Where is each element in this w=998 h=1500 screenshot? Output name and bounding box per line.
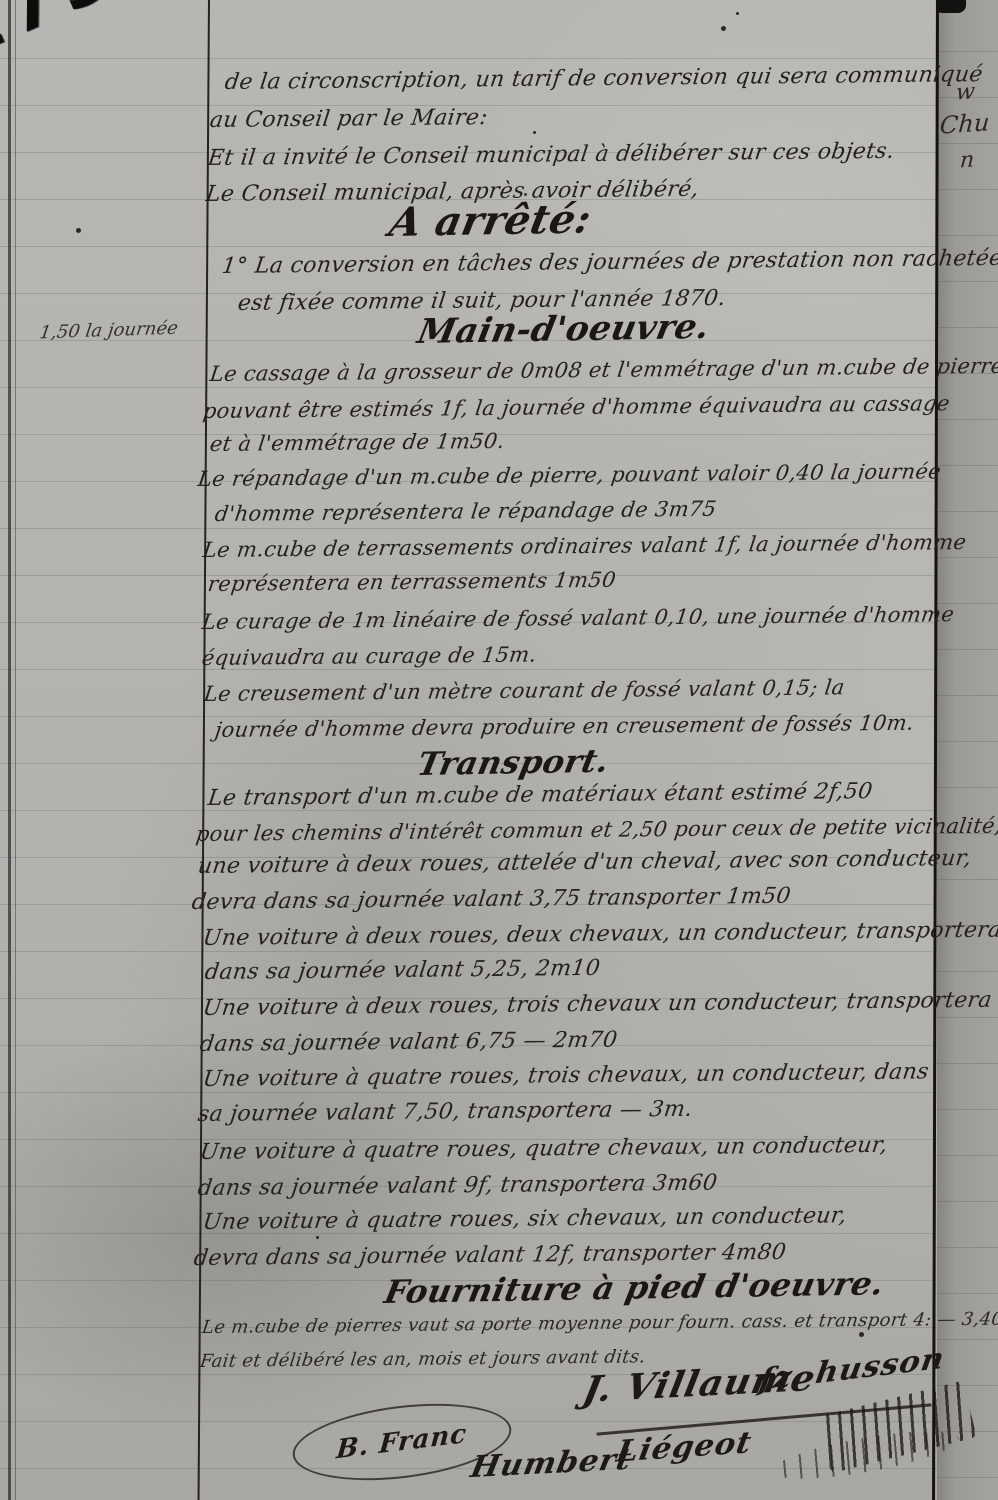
signature-franc: B. Franc (335, 1419, 468, 1466)
margin-rule (198, 0, 210, 1500)
binding-shadow (936, 0, 966, 13)
manuscript-line: Une voiture à quatre roues, trois chevau… (201, 1059, 930, 1092)
facing-page-fragment: w (955, 79, 976, 105)
manuscript-line: Une voiture à quatre roues, quatre cheva… (198, 1133, 889, 1165)
scanned-register-page: { "colors": { "paper": "#b3b2ae", "ink":… (0, 0, 998, 1500)
manuscript-line: Le répandage d'un m.cube de pierre, pouv… (196, 459, 942, 491)
left-fold-line (15, 0, 16, 1500)
manuscript-line: Le curage de 1m linéaire de fossé valant… (200, 602, 955, 634)
manuscript-line: Une voiture à quatre roues, six chevaux,… (201, 1203, 848, 1235)
facing-page-strip (937, 0, 998, 1500)
manuscript-line: 1° La conversion en tâches des journées … (220, 246, 998, 280)
manuscript-line: Une voiture à deux roues, trois chevaux … (201, 988, 993, 1022)
signature-humbert: Humbert (468, 1442, 635, 1485)
manuscript-line: Le creusement d'un mètre courant de foss… (202, 675, 846, 706)
manuscript-line: au Conseil par le Maire. (208, 105, 488, 133)
manuscript-line: pour les chemins d'intérêt commun et 2,5… (194, 814, 998, 847)
facing-page-fragment: n (959, 148, 975, 174)
manuscript-line: sa journée valant 7,50, transportera — 3… (196, 1097, 694, 1127)
manuscript-line: Le m.cube de pierres vaut sa porte moyen… (201, 1310, 998, 1339)
manuscript-line: de la circonscription, un tarif de conve… (223, 62, 984, 95)
manuscript-line: devra dans sa journée valant 3,75 transp… (190, 884, 792, 916)
facing-page-ruled-lines (937, 6, 998, 1500)
section-heading-fourniture: Fourniture à pied d'oeuvre. (381, 1265, 887, 1310)
manuscript-line: une voiture à deux roues, attelée d'un c… (196, 846, 973, 879)
manuscript-line: Le transport d'un m.cube de matériaux ét… (206, 779, 874, 811)
section-heading-arrete: A arrêté: (386, 197, 596, 246)
facing-page-fragment: Chu (939, 108, 991, 139)
left-page-edge (8, 0, 11, 1500)
manuscript-line: représentera en terrassements 1m50 (206, 568, 617, 596)
page-number-stamp: 1738 (0, 0, 179, 70)
manuscript-line: dans sa journée valant 6,75 — 2m70 (198, 1028, 619, 1058)
manuscript-line: journée d'homme devra produire en creuse… (213, 711, 915, 742)
manuscript-line: devra dans sa journée valant 12f, transp… (192, 1240, 787, 1271)
manuscript-line: Et il a invité le Conseil municipal à dé… (206, 139, 896, 171)
manuscript-line: et à l'emmétrage de 1m50. (208, 429, 506, 456)
section-heading-transport: Transport. (414, 743, 612, 783)
manuscript-line: d'homme représentera le répandage de 3m7… (213, 497, 718, 526)
manuscript-line: pouvant être estimés 1f, la journée d'ho… (201, 391, 951, 423)
manuscript-line: dans sa journée valant 9f, transportera … (196, 1171, 718, 1202)
section-heading-main-doeuvre: Main-d'oeuvre. (414, 308, 713, 352)
manuscript-page: 1738 de la circonscription, un tarif de … (0, 0, 998, 1500)
margin-note: 1,50 la journée (38, 318, 179, 344)
manuscript-line: dans sa journée valant 5,25, 2m10 (203, 956, 601, 985)
manuscript-line: Le m.cube de terrassements ordinaires va… (201, 530, 967, 562)
manuscript-line: Fait et délibéré les an, mois et jours a… (199, 1347, 647, 1372)
manuscript-line: Une voiture à deux roues, deux chevaux, … (201, 918, 998, 952)
ink-specks (533, 131, 536, 134)
manuscript-line: Le cassage à la grosseur de 0m08 et l'em… (208, 354, 998, 387)
signature-husson: fz. husson (757, 1341, 948, 1398)
manuscript-line: équivaudra au curage de 15m. (200, 643, 538, 671)
